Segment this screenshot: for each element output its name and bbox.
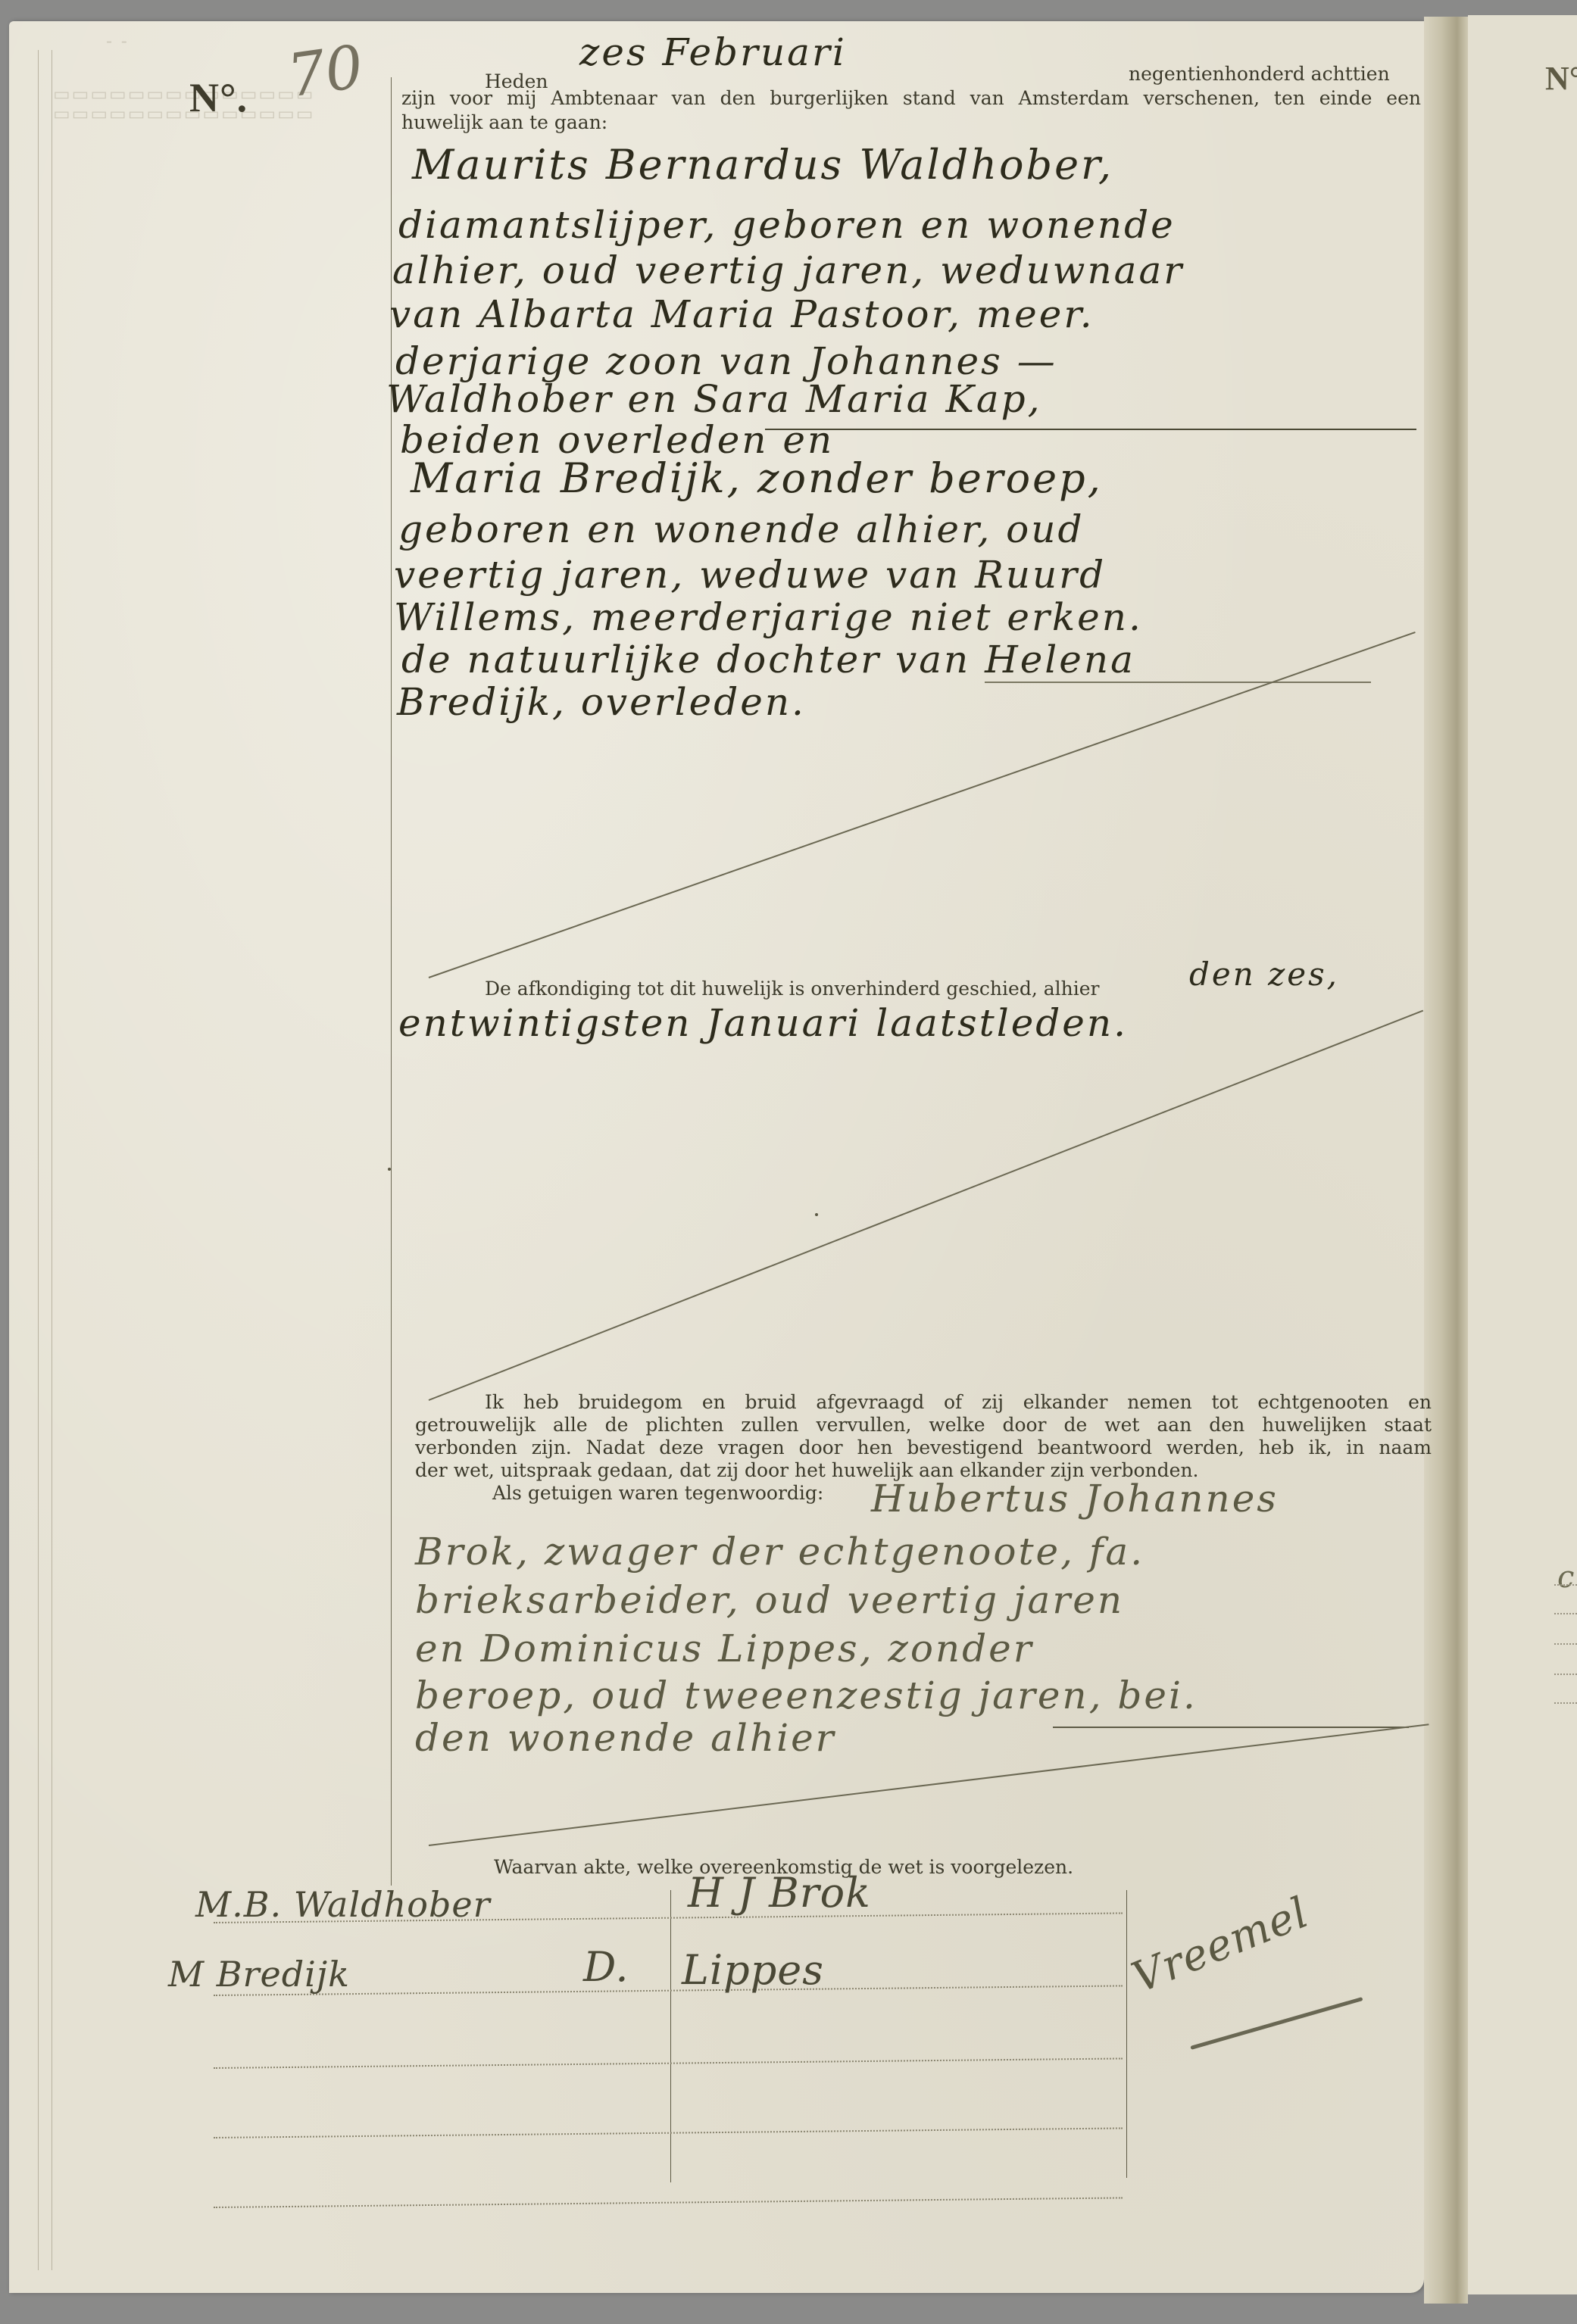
ghost-bleed-text: - -	[106, 30, 129, 51]
book-gutter	[1424, 17, 1468, 2304]
signature-bride: M Bredijk	[168, 1954, 350, 1995]
proclamation-text: De afkondiging tot dit huwelijk is onver…	[485, 977, 1099, 1000]
parties-line: diamantslijper, geboren en wonende	[398, 203, 1176, 247]
next-page-dotted-line	[1554, 1674, 1577, 1675]
next-page-dotted-line	[1554, 1702, 1577, 1704]
parties-line: de natuurlijke dochter van Helena	[401, 638, 1135, 682]
header-line-3: huwelijk aan te gaan:	[401, 111, 607, 134]
parties-line: Maurits Bernardus Waldhober,	[412, 141, 1113, 189]
parties-line: Waldhober en Sara Maria Kap,	[386, 377, 1042, 421]
ghost-bleed-text: ▭▭▭▭▭▭▭▭▭▭▭▭▭▭	[53, 83, 314, 105]
margin-rule-outer	[38, 50, 39, 2270]
header-line-2: zijn voor mij Ambtenaar van den burgerli…	[401, 86, 1421, 110]
declaration-line: Ik heb bruidegom en bruid afgevraagd of …	[485, 1390, 1432, 1414]
declaration-line: getrouwelijk alle de plichten zullen ver…	[415, 1413, 1432, 1437]
parties-line: alhier, oud veertig jaren, weduwnaar	[392, 248, 1184, 292]
witnesses-label: Als getuigen waren tegenwoordig:	[492, 1481, 823, 1505]
signature-column-divider	[670, 1890, 671, 2182]
next-page-dotted-line	[1554, 1643, 1577, 1645]
signature-witness-1: H J Brok	[688, 1869, 871, 1917]
column-divider	[391, 77, 392, 1886]
witness-line: den wonende alhier	[415, 1716, 836, 1760]
witness-line: Brok, zwager der echtgenoote, fa.	[415, 1530, 1144, 1574]
parties-line: Bredijk, overleden.	[397, 680, 806, 724]
witness-line: Hubertus Johannes	[871, 1477, 1279, 1521]
next-page-dotted-line	[1554, 1584, 1577, 1586]
act-number-label: N°.	[189, 74, 248, 121]
signature-witness-2: Lippes	[682, 1946, 824, 1994]
fill-line	[985, 682, 1371, 683]
next-page-dotted-line	[1554, 1613, 1577, 1614]
fill-line	[765, 429, 1416, 430]
fill-line	[1053, 1727, 1409, 1728]
next-page-handwriting-fragment: c	[1557, 1560, 1574, 1595]
parties-line: veertig jaren, weduwe van Ruurd	[394, 553, 1106, 597]
signature-witness-2-initial: D.	[583, 1943, 629, 1991]
proclamation-date-1: den zes,	[1189, 956, 1339, 993]
parties-line: Maria Bredijk, zonder beroep,	[411, 454, 1103, 502]
proclamation-date-2: entwintigsten Januari laatstleden.	[398, 1001, 1128, 1045]
next-page-edge	[1468, 15, 1577, 2294]
witness-line: brieksarbeider, oud veertig jaren	[415, 1578, 1124, 1622]
signature-column-divider	[1126, 1890, 1127, 2178]
parties-line: Willems, meerderjarige niet erken.	[394, 595, 1143, 639]
ghost-bleed-text: ▭▭▭▭▭▭▭▭▭▭▭▭▭▭	[53, 103, 314, 124]
witness-line: en Dominicus Lippes, zonder	[415, 1627, 1034, 1670]
parties-line: geboren en wonende alhier, oud	[398, 507, 1084, 551]
witness-line: beroep, oud tweeenzestig jaren, bei.	[415, 1674, 1198, 1717]
act-number: 70	[283, 33, 367, 111]
margin-rule-inner	[52, 50, 52, 2270]
signature-groom: M.B. Waldhober	[195, 1884, 491, 1925]
next-act-label: N°	[1545, 59, 1577, 98]
date-handwritten: zes Februari	[579, 30, 847, 74]
parties-line: van Albarta Maria Pastoor, meer.	[389, 292, 1095, 336]
declaration-line: verbonden zijn. Nadat deze vragen door h…	[415, 1436, 1432, 1459]
year-printed: negentienhonderd achttien	[1129, 62, 1390, 86]
ink-spot	[815, 1213, 818, 1216]
